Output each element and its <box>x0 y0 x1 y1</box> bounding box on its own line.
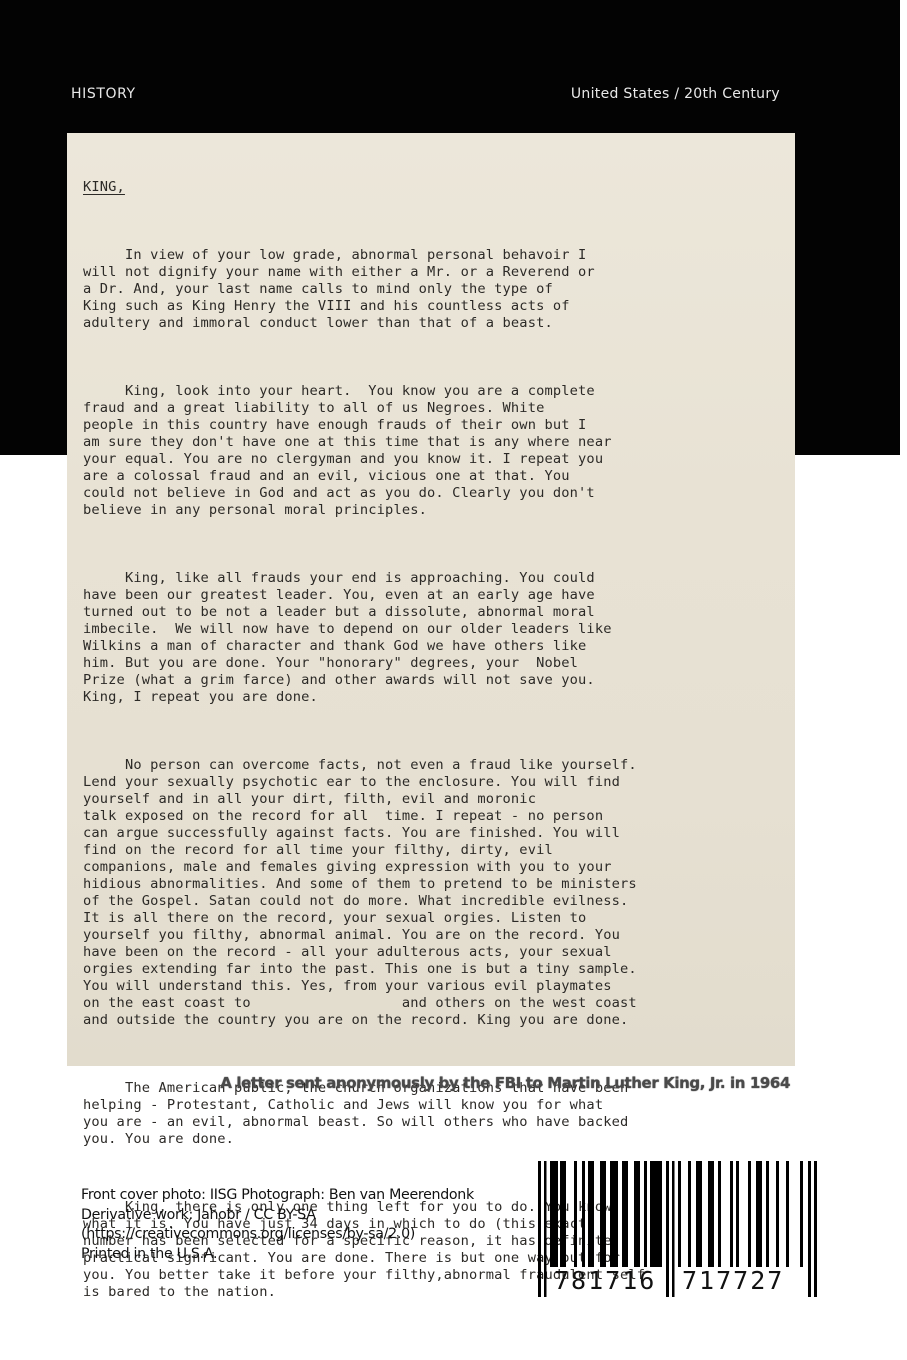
letter-paragraph: In view of your low grade, abnormal pers… <box>83 247 795 332</box>
barcode-right-digits: 717727 <box>682 1266 784 1295</box>
category-label: HISTORY <box>71 86 136 102</box>
credit-line: (https://creativecommons.org/licenses/by… <box>81 1225 474 1245</box>
isbn-barcode: 9 781716 717727 <box>538 1157 838 1297</box>
letter-salutation: KING, <box>83 179 795 196</box>
region-label: United States / 20th Century <box>571 86 780 102</box>
credit-line: Printed in the U.S.A. <box>81 1245 474 1265</box>
letter-paragraph: King, like all frauds your end is approa… <box>83 570 795 706</box>
letter-paragraph: King, look into your heart. You know you… <box>83 383 795 519</box>
barcode-left-digits: 781716 <box>554 1266 656 1295</box>
credit-line: Front cover photo: IISG Photograph: Ben … <box>81 1186 474 1206</box>
image-caption: A letter sent anonymously by the FBI to … <box>190 1074 790 1092</box>
letter-image: KING, In view of your low grade, abnorma… <box>67 133 795 1066</box>
letter-paragraph: No person can overcome facts, not even a… <box>83 757 795 1029</box>
credits-block: Front cover photo: IISG Photograph: Ben … <box>81 1186 474 1264</box>
credit-line: Derivative work: Jahobr / CC BY-SA <box>81 1206 474 1226</box>
